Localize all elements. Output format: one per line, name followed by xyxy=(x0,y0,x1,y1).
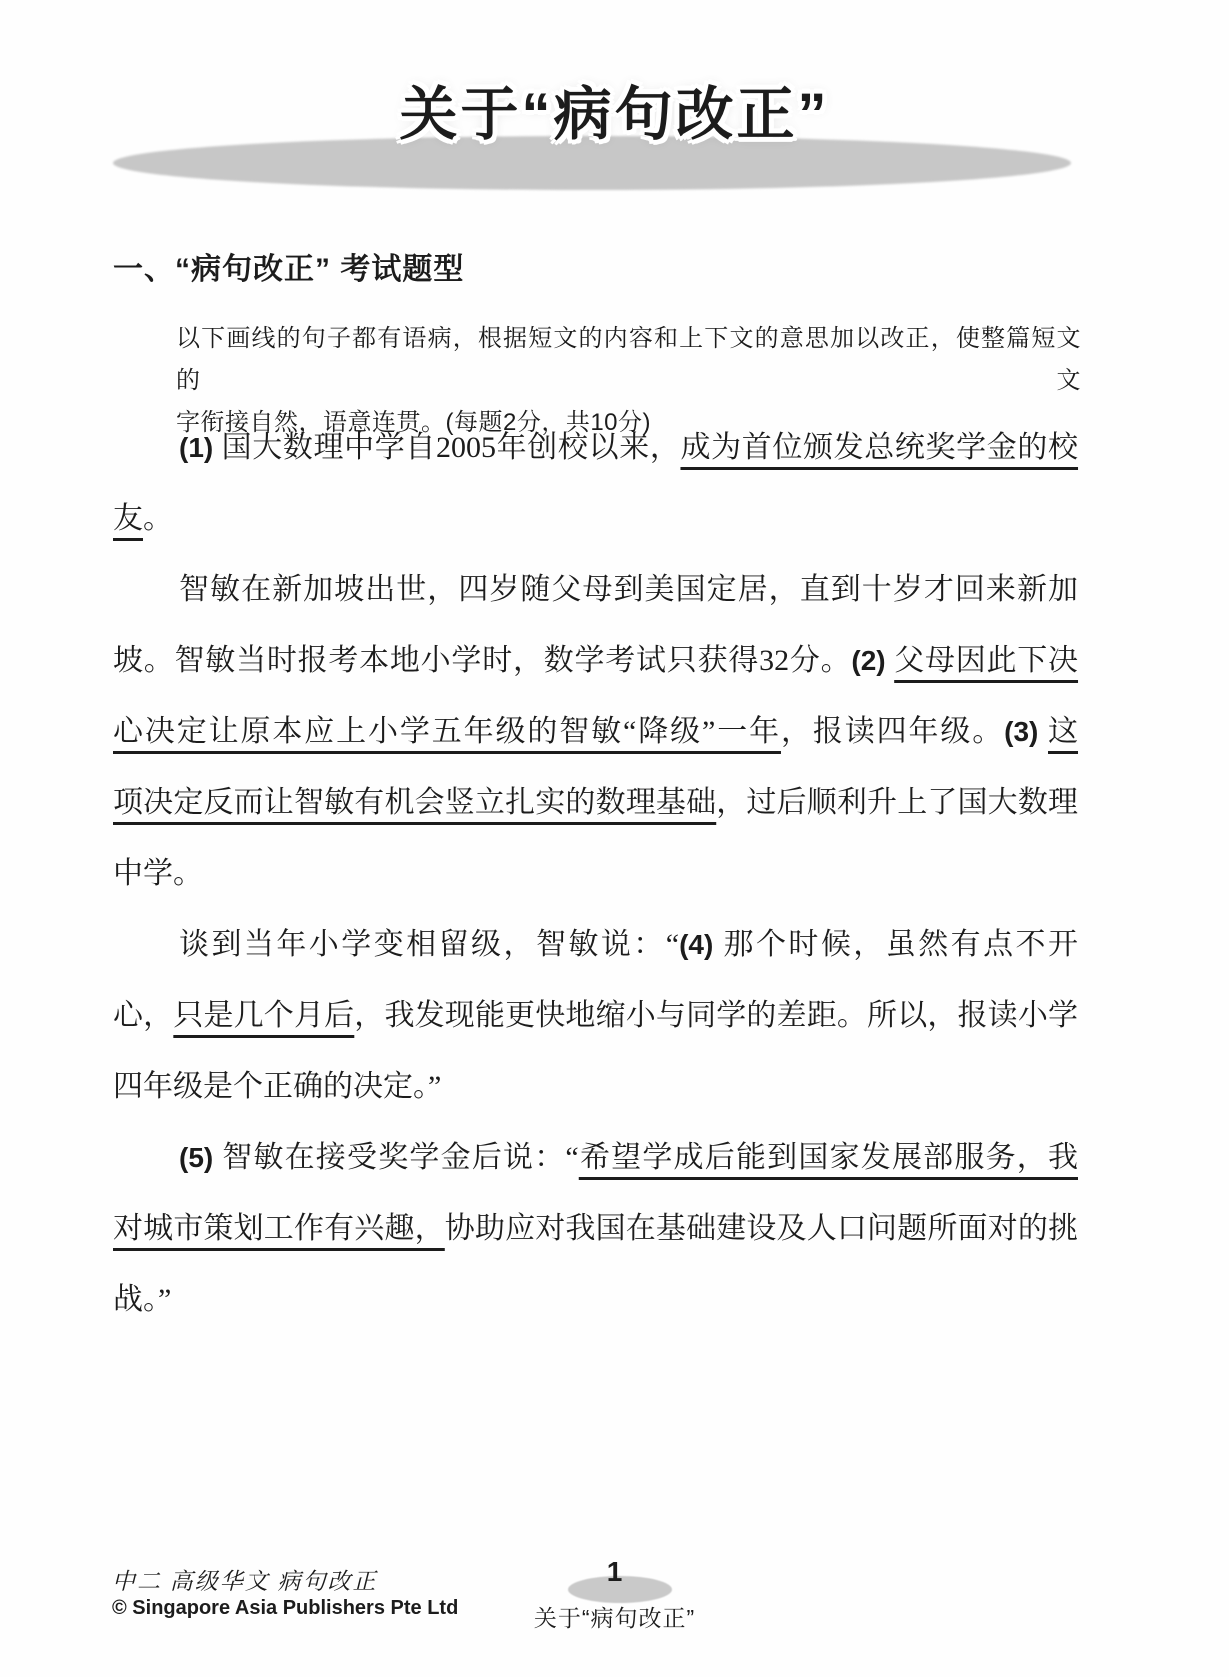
item-number: (1) xyxy=(179,432,222,463)
text-segment: 谈到当年小学变相留级，智敏说：“ xyxy=(179,928,679,961)
footer-page-number: 1 xyxy=(0,1556,1229,1588)
text-segment: 智敏在接受奖学金后说：“ xyxy=(222,1141,579,1174)
text-segment: ，我发现能更快地缩小与同学的差距。所以，报读小学 xyxy=(354,999,1078,1032)
item-number: (2) xyxy=(851,645,894,676)
passage-line: 项决定反而让智敏有机会竖立扎实的数理基础，过后顺利升上了国大数理 xyxy=(113,767,1078,838)
instruction-line: 以下画线的句子都有语病，根据短文的内容和上下文的意思加以改正，使整篇短文的文 xyxy=(176,318,1081,402)
underlined-segment: 这 xyxy=(1048,715,1078,748)
text-segment: 心， xyxy=(113,999,173,1032)
underlined-segment: 友 xyxy=(113,502,143,535)
item-number: (5) xyxy=(179,1142,222,1173)
passage: (1) 国大数理中学自2005年创校以来，成为首位颁发总统奖学金的校友。智敏在新… xyxy=(113,412,1078,1335)
item-number: (3) xyxy=(1004,716,1048,747)
footer-chapter-title: 关于“病句改正” xyxy=(0,1600,1229,1633)
underlined-segment: 父母因此下决 xyxy=(894,644,1078,677)
underlined-segment: 希望学成后能到国家发展部服务，我 xyxy=(579,1141,1078,1174)
text-segment: 四年级是个正确的决定。” xyxy=(113,1070,441,1103)
text-segment: 。 xyxy=(143,502,173,535)
underlined-segment: 对城市策划工作有兴趣， xyxy=(113,1212,445,1245)
passage-line: 智敏在新加坡出世，四岁随父母到美国定居，直到十岁才回来新加 xyxy=(113,554,1078,625)
page-title: 关于“病句改正” xyxy=(0,82,1229,149)
passage-line: 谈到当年小学变相留级，智敏说：“(4) 那个时候，虽然有点不开 xyxy=(113,909,1078,980)
passage-line: 中学。 xyxy=(113,838,1078,909)
passage-line: 战。” xyxy=(113,1264,1078,1335)
text-segment: 中学。 xyxy=(113,857,203,890)
item-number: (4) xyxy=(679,929,723,960)
underlined-segment: 只是几个月后 xyxy=(173,999,354,1032)
passage-line: 四年级是个正确的决定。” xyxy=(113,1051,1078,1122)
title-banner: 关于“病句改正” xyxy=(0,0,1229,210)
passage-line: (5) 智敏在接受奖学金后说：“希望学成后能到国家发展部服务，我 xyxy=(113,1122,1078,1193)
text-segment: ，报读四年级。 xyxy=(781,715,1004,748)
text-segment: 智敏在新加坡出世，四岁随父母到美国定居，直到十岁才回来新加 xyxy=(179,573,1078,606)
text-segment: 战。” xyxy=(113,1283,171,1316)
text-segment: 协助应对我国在基础建设及人口问题所面对的挑 xyxy=(445,1212,1078,1245)
section-heading: 一、“病句改正” 考试题型 xyxy=(113,252,464,288)
underlined-segment: 项决定反而让智敏有机会竖立扎实的数理基础 xyxy=(113,786,716,819)
underlined-segment: 成为首位颁发总统奖学金的校 xyxy=(680,431,1078,464)
passage-line: 心，只是几个月后，我发现能更快地缩小与同学的差距。所以，报读小学 xyxy=(113,980,1078,1051)
passage-line: (1) 国大数理中学自2005年创校以来，成为首位颁发总统奖学金的校 xyxy=(113,412,1078,483)
text-segment: 坡。智敏当时报考本地小学时，数学考试只获得32分。 xyxy=(113,644,851,677)
text-segment: 那个时候，虽然有点不开 xyxy=(724,928,1079,961)
passage-line: 对城市策划工作有兴趣，协助应对我国在基础建设及人口问题所面对的挑 xyxy=(113,1193,1078,1264)
underlined-segment: 心决定让原本应上小学五年级的智敏“降级”一年 xyxy=(113,715,781,748)
text-segment: ，过后顺利升上了国大数理 xyxy=(716,786,1078,819)
text-segment: 国大数理中学自2005年创校以来， xyxy=(222,431,681,464)
passage-line: 坡。智敏当时报考本地小学时，数学考试只获得32分。(2) 父母因此下决 xyxy=(113,625,1078,696)
passage-line: 友。 xyxy=(113,483,1078,554)
passage-line: 心决定让原本应上小学五年级的智敏“降级”一年，报读四年级。(3) 这 xyxy=(113,696,1078,767)
document-page: 关于“病句改正” 一、“病句改正” 考试题型 以下画线的句子都有语病，根据短文的… xyxy=(0,0,1229,1677)
